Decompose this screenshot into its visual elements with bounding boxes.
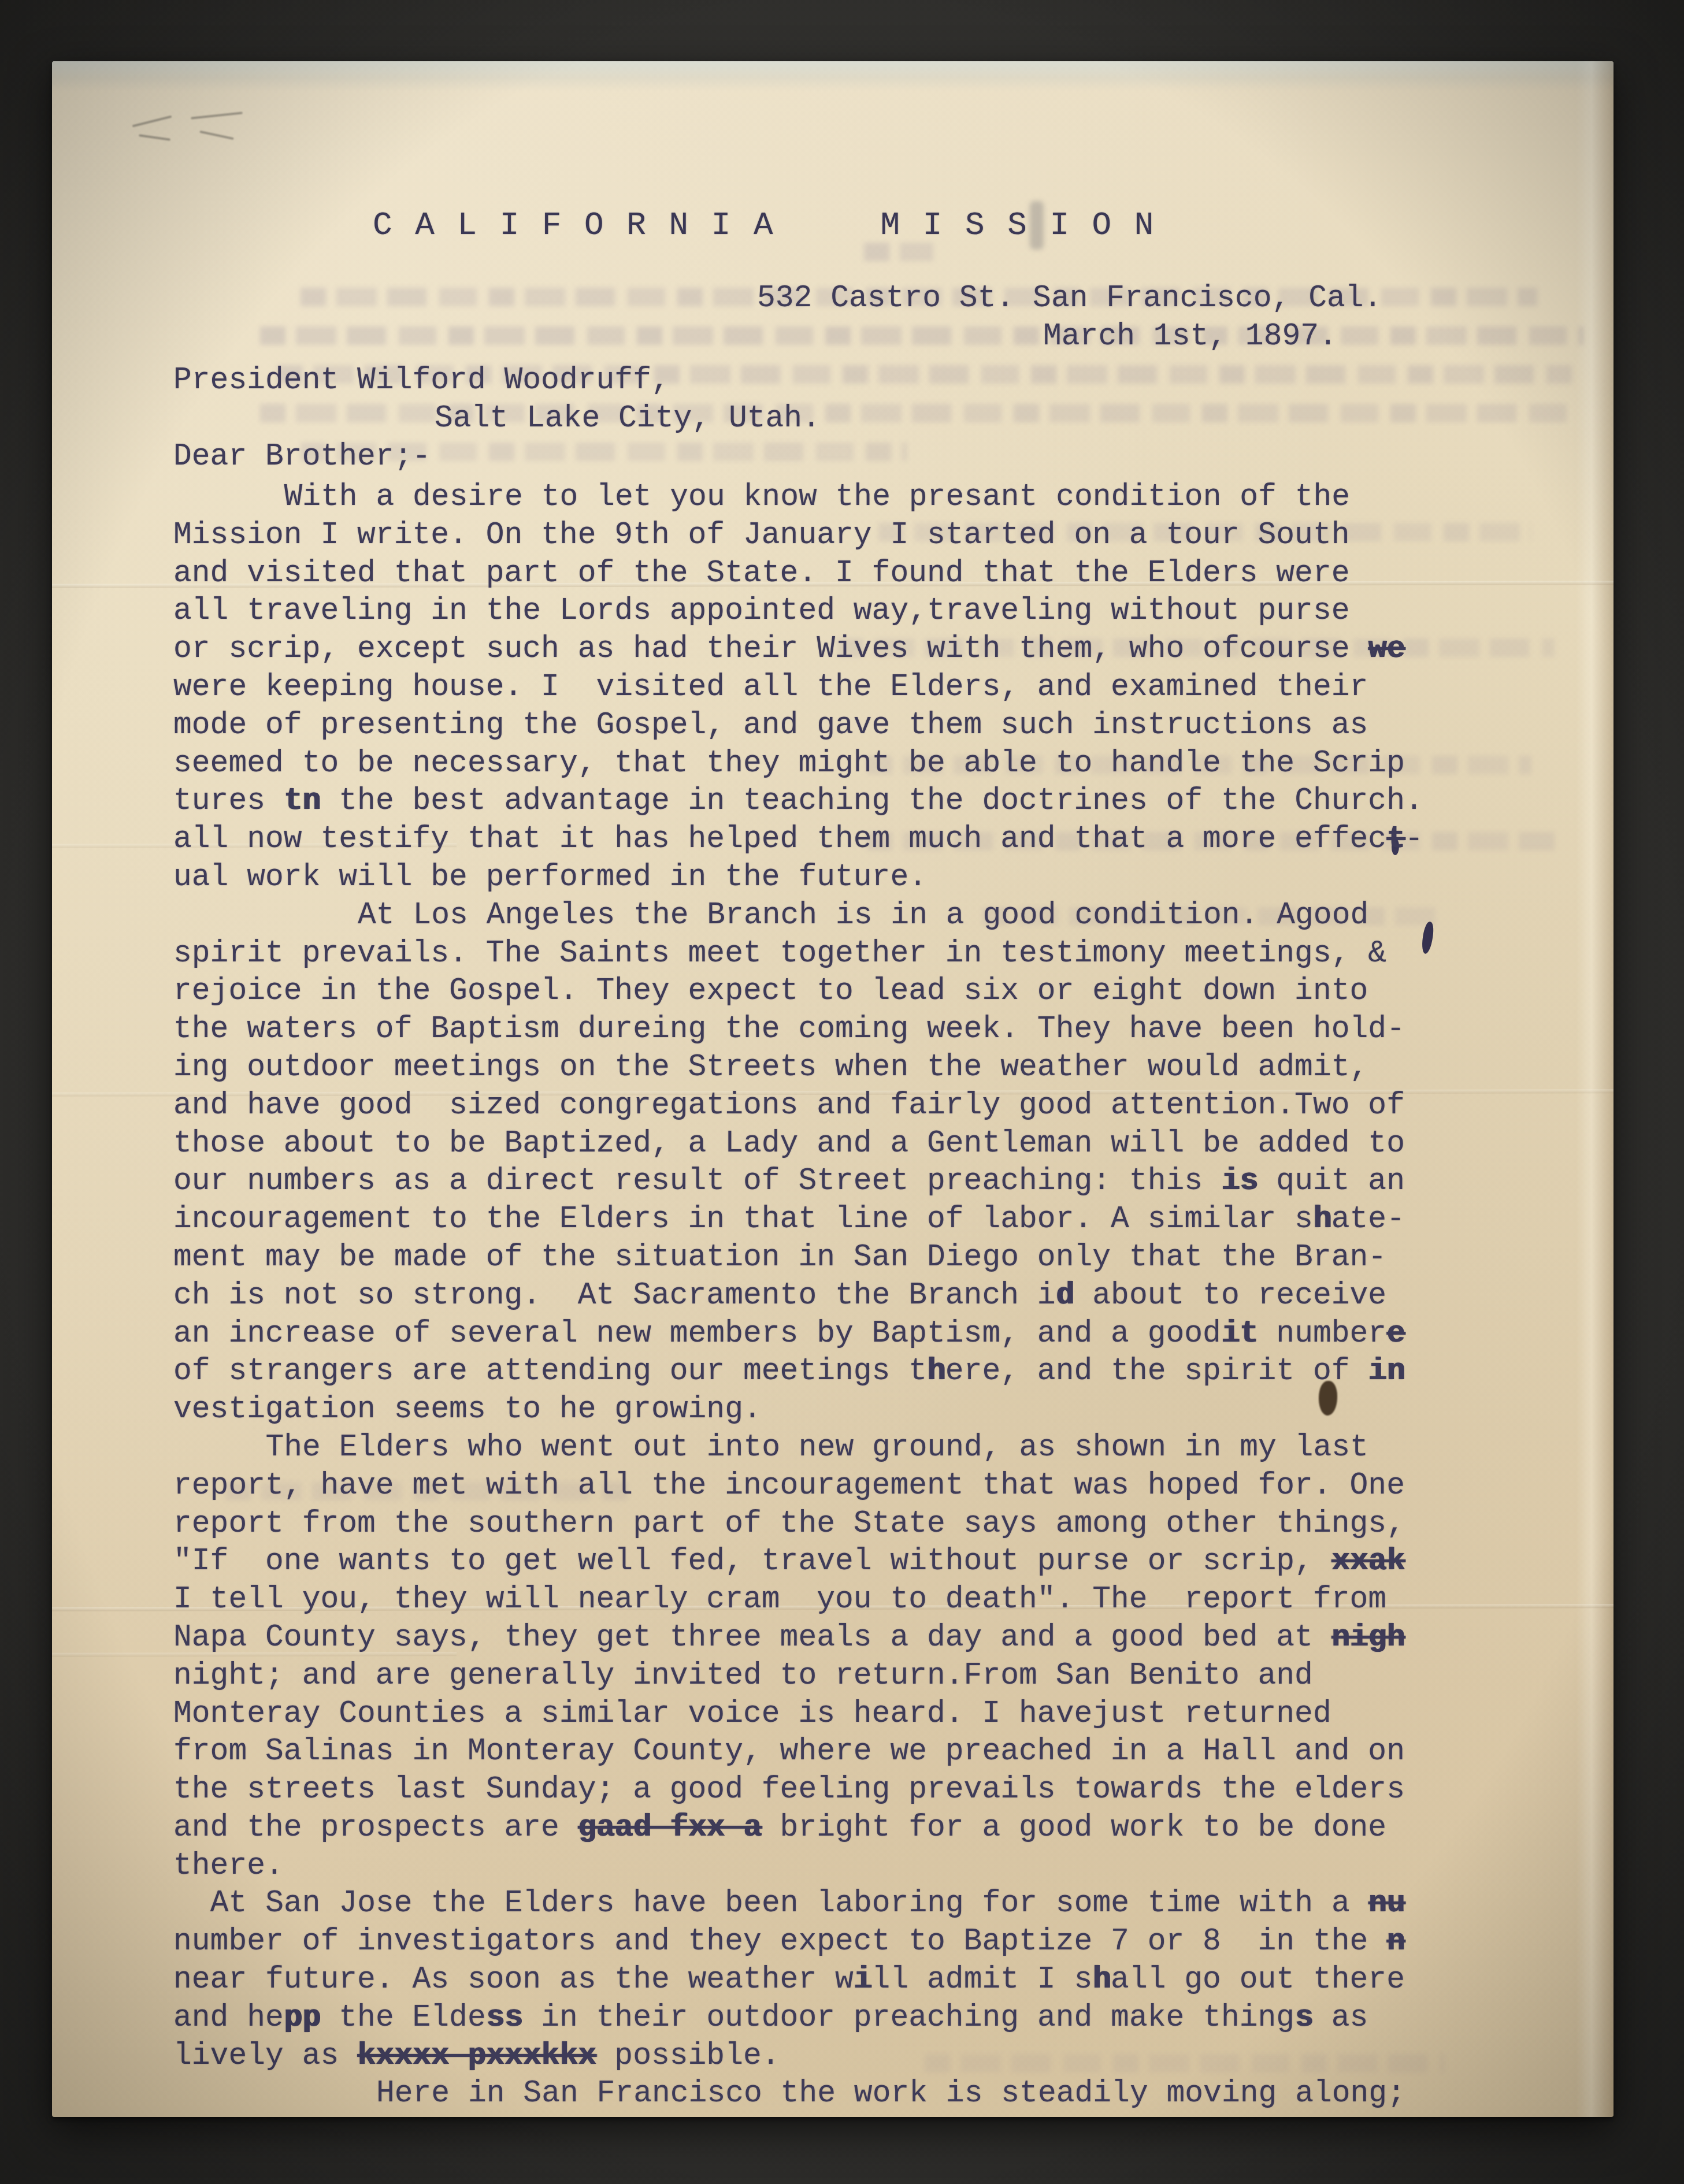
letter-line-39: number of investigators and they expect … [173,1923,1531,1961]
typed-text: the waters of Baptism dureing the coming… [173,1012,1405,1046]
letter-line-36: and the prospects are gaad fxx a bright … [173,1809,1531,1847]
typed-text: quit an [1258,1164,1405,1198]
overstruck-text: i [854,1962,872,1997]
letter-line-14: rejoice in the Gospel. They expect to le… [173,972,1531,1011]
typed-text: - [1405,822,1423,856]
letterhead-title: C A L I F O R N I A M I S S I O N [373,209,1155,242]
struck-text: we [1368,632,1405,666]
typed-text: were keeping house. I visited all the El… [173,670,1368,704]
typed-text: rejoice in the Gospel. They expect to le… [173,974,1368,1008]
overstruck-text: tn [284,783,321,818]
typed-text: the best advantage in teaching the doctr… [320,783,1423,818]
typed-text: about to receive [1074,1278,1386,1313]
letterhead-address: 532 Castro St. San Francisco, Cal. [757,283,1382,314]
overstruck-text: s [1294,2000,1313,2035]
typed-text: all traveling in the Lords appointed way… [173,593,1350,628]
letter-line-10: all now testify that it has helped them … [173,820,1531,859]
letter-line-34: from Salinas in Monteray County, where w… [173,1733,1531,1771]
typed-text: ate- [1331,1202,1405,1236]
letter-line-7: mode of presenting the Gospel, and gave … [173,707,1531,745]
overstruck-text: h [927,1354,945,1388]
typed-text: vestigation seems to he growing. [173,1392,762,1427]
overstruck-text: d [1056,1278,1074,1313]
typed-text: and have good sized congregations and fa… [173,1088,1405,1123]
overstruck-text: is [1221,1164,1258,1198]
letter-line-4: all traveling in the Lords appointed way… [173,592,1531,630]
letter-line-31: Napa County says, they get three meals a… [173,1619,1531,1657]
typed-text: all now testify that it has helped them … [173,822,1386,856]
letter-line-40: near future. As soon as the weather will… [173,1961,1531,1999]
typed-text: The Elders who went out into new ground,… [266,1430,1368,1465]
letter-line-5: or scrip, except such as had their Wives… [173,630,1531,668]
letter-line-22: ch is not so strong. At Sacramento the B… [173,1277,1531,1315]
struck-text: nigh [1331,1620,1405,1655]
struck-text: xxak [1331,1544,1405,1578]
letter-line-33: Monteray Counties a similar voice is hea… [173,1695,1531,1733]
typed-text: I tell you, they will nearly cram you to… [173,1582,1386,1617]
typed-text: there. [173,1848,284,1883]
letter-line-38: At San Jose the Elders have been laborin… [173,1885,1531,1923]
letter-line-1: With a desire to let you know the presan… [173,478,1531,517]
typed-text: "If one wants to get well fed, travel wi… [173,1544,1331,1578]
struck-text: gaad fxx a [578,1810,762,1845]
typed-text: number of investigators and they expect … [173,1924,1386,1959]
letter-line-27: report, have met with all the incouragem… [173,1467,1531,1505]
typed-text: At San Jose the Elders have been laborin… [210,1886,1368,1921]
recipient-name: President Wilford Woodruff, [173,365,670,396]
letter-line-2: Mission I write. On the 9th of January I… [173,517,1531,555]
typed-text: near future. As soon as the weather w [173,1962,854,1997]
overstruck-text: it [1221,1316,1258,1351]
overstruck-text: h [1092,1962,1111,1997]
typed-text: With a desire to let you know the presan… [284,480,1350,514]
bleedthrough-ghost [864,243,933,261]
letter-line-28: report from the southern part of the Sta… [173,1505,1531,1543]
typed-text: Mission I write. On the 9th of January I… [173,518,1350,552]
typed-text: report, have met with all the incouragem… [173,1468,1405,1503]
overstruck-text: in [1368,1354,1405,1388]
overstruck-text: h [1313,1202,1331,1236]
overstruck-text: ss [486,2000,523,2035]
letter-line-32: night; and are generally invited to retu… [173,1657,1531,1695]
struck-text: nu [1368,1886,1405,1921]
typed-text: our numbers as a direct result of Street… [173,1164,1221,1198]
typed-text: report from the southern part of the Sta… [173,1506,1405,1541]
struck-text: kxxxx pxxxkkx [357,2038,596,2073]
letter-line-30: I tell you, they will nearly cram you to… [173,1581,1531,1619]
typed-text: ment may be made of the situation in San… [173,1240,1386,1275]
struck-text: n [1386,1924,1405,1959]
typed-text: or scrip, except such as had their Wives… [173,632,1368,666]
typed-text: an increase of several new members by Ba… [173,1316,1221,1351]
typed-text: in their outdoor preaching and make thin… [522,2000,1294,2035]
typed-text: mode of presenting the Gospel, and gave … [173,708,1368,742]
typed-text: night; and are generally invited to retu… [173,1658,1313,1693]
typed-text: Napa County says, they get three meals a… [173,1620,1331,1655]
typed-text: spirit prevails. The Saints meet togethe… [173,936,1386,971]
typed-text: At Los Angeles the Branch is in a good c… [358,898,1368,933]
letter-line-24: of strangers are attending our meetings … [173,1353,1531,1391]
typed-text: of strangers are attending our meetings … [173,1354,927,1388]
typed-text: ll admit I s [872,1962,1093,1997]
letter-line-37: there. [173,1847,1531,1885]
typed-text: incouragement to the Elders in that line… [173,1202,1313,1236]
letter-line-21: ment may be made of the situation in San… [173,1239,1531,1277]
letter-line-9: tures tn the best advantage in teaching … [173,782,1531,820]
typed-text: number [1258,1316,1387,1351]
letter-line-23: an increase of several new members by Ba… [173,1315,1531,1353]
typed-text: the Elde [320,2000,485,2035]
letter-line-29: "If one wants to get well fed, travel wi… [173,1543,1531,1581]
typed-text: Here in San Francisco the work is steadi… [376,2076,1405,2111]
recipient-city: Salt Lake City, Utah. [435,403,821,434]
typed-text: and visited that part of the State. I fo… [173,556,1350,590]
typed-text: all go out there [1111,1962,1405,1997]
photo-background: C A L I F O R N I A M I S S I O N 532 Ca… [0,0,1684,2184]
letter-line-11: ual work will be performed in the future… [173,859,1531,897]
letter-line-42: lively as kxxxx pxxxkkx possible. [173,2037,1531,2075]
letter-line-13: spirit prevails. The Saints meet togethe… [173,935,1531,973]
letter-line-16: ing outdoor meetings on the Streets when… [173,1049,1531,1087]
letter-line-25: vestigation seems to he growing. [173,1391,1531,1429]
struck-text: t [1386,822,1405,856]
letter-body: With a desire to let you know the presan… [173,478,1531,2113]
typed-text: tures [173,783,284,818]
letter-line-12: At Los Angeles the Branch is in a good c… [173,897,1531,935]
letter-line-41: and hepp the Eldess in their outdoor pre… [173,1999,1531,2037]
letter-line-43: Here in San Francisco the work is steadi… [173,2075,1531,2113]
letter-line-8: seemed to be necessary, that they might … [173,745,1531,783]
letter-line-15: the waters of Baptism dureing the coming… [173,1011,1531,1049]
salutation: Dear Brother;- [173,441,431,472]
typed-text: ch is not so strong. At Sacramento the B… [173,1278,1056,1313]
letter-line-26: The Elders who went out into new ground,… [173,1429,1531,1467]
typed-text: those about to be Baptized, a Lady and a… [173,1126,1405,1161]
typed-text: Monteray Counties a similar voice is hea… [173,1696,1331,1731]
typed-text: ing outdoor meetings on the Streets when… [173,1050,1368,1084]
typed-text: ual work will be performed in the future… [173,860,927,894]
typed-text: and he [173,2000,284,2035]
letter-line-6: were keeping house. I visited all the El… [173,668,1531,707]
letter-line-17: and have good sized congregations and fa… [173,1087,1531,1125]
typed-text: lively as [173,2038,357,2073]
typed-text: as [1313,2000,1368,2035]
letter-line-19: our numbers as a direct result of Street… [173,1162,1531,1201]
typed-text: the streets last Sunday; a good feeling … [173,1772,1405,1807]
letter-line-3: and visited that part of the State. I fo… [173,555,1531,593]
letterhead-date: March 1st, 1897. [1043,321,1337,352]
letter-line-35: the streets last Sunday; a good feeling … [173,1771,1531,1809]
typed-text: and the prospects are [173,1810,578,1845]
overstruck-text: pp [284,2000,321,2035]
typed-text: ere, and the spirit of [945,1354,1368,1388]
typed-text: possible. [596,2038,780,2073]
letter-line-20: incouragement to the Elders in that line… [173,1201,1531,1239]
struck-text: e [1386,1316,1405,1351]
letter-line-18: those about to be Baptized, a Lady and a… [173,1125,1531,1163]
typed-text: bright for a good work to be done [762,1810,1386,1845]
typed-text: from Salinas in Monteray County, where w… [173,1734,1405,1769]
typed-text: seemed to be necessary, that they might … [173,746,1405,781]
bleedthrough-ghost [260,326,1583,345]
